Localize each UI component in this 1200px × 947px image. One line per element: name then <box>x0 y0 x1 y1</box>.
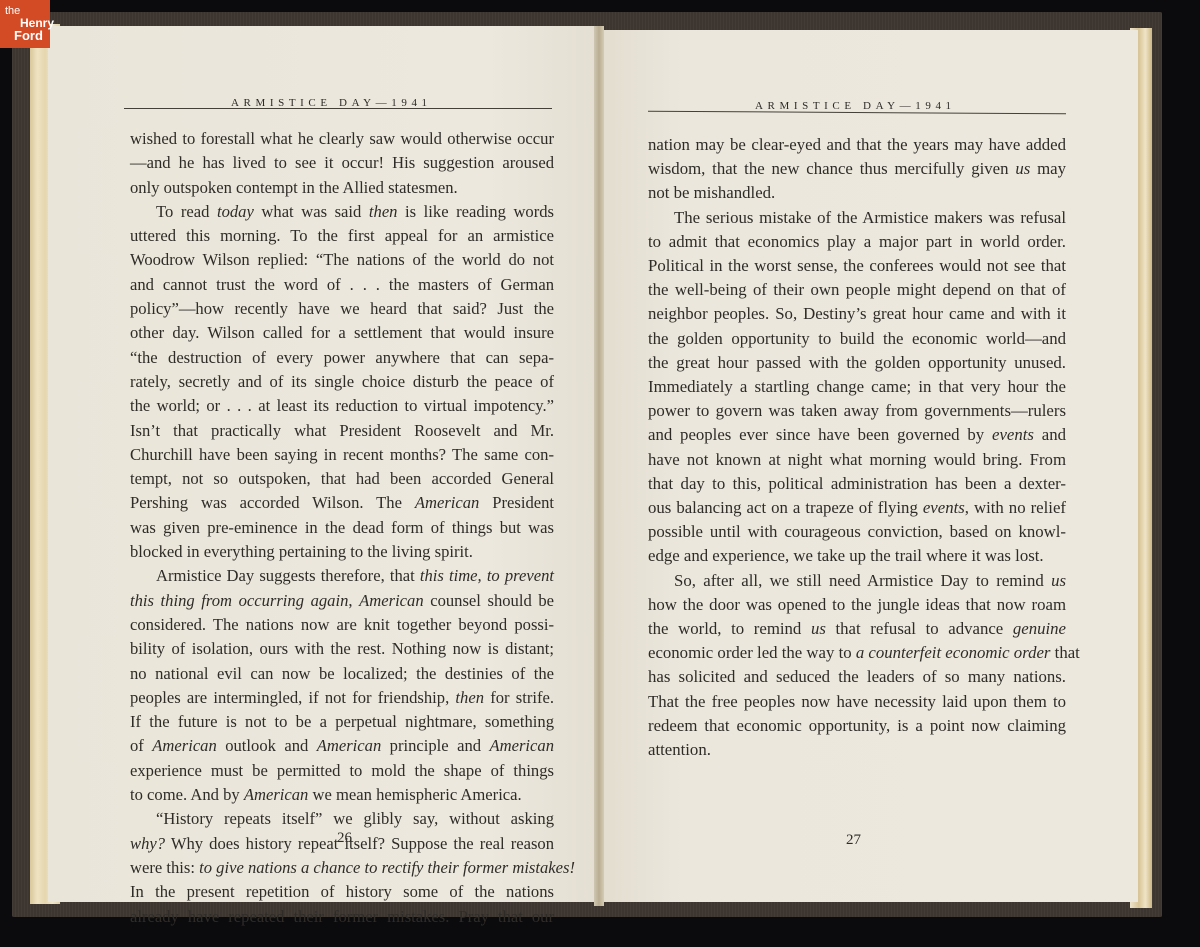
text-line: nation may be clear-eyed and that the ye… <box>648 133 1066 157</box>
text-line: tempt, not so outspoken, that had been a… <box>130 467 554 491</box>
text-line: to admit that economics play a major par… <box>648 230 1066 254</box>
text-line: the golden opportunity to build the econ… <box>648 327 1066 351</box>
text-line: rately, secretly and of its single choic… <box>130 370 554 394</box>
text-line: “History repeats itself” we glibly say, … <box>130 807 554 831</box>
text-line: already have repeated their former mista… <box>130 905 554 929</box>
right-running-head: ARMISTICE DAY—1941 <box>755 100 956 112</box>
text-line: the well-being of their own people might… <box>648 278 1066 302</box>
text-line: To read today what was said then is like… <box>130 200 554 224</box>
text-line: “the destruction of every power anywhere… <box>130 346 554 370</box>
text-line: Woodrow Wilson replied: “The nations of … <box>130 248 554 272</box>
text-line: Armistice Day suggests therefore, that t… <box>130 564 554 588</box>
text-line: bility of isolation, ours with the rest.… <box>130 637 554 661</box>
text-line: considered. The nations now are knit tog… <box>130 613 554 637</box>
text-line: this thing from occurring again, America… <box>130 589 554 613</box>
text-line: and peoples ever since have been governe… <box>648 423 1066 447</box>
text-line: economic order led the way to a counterf… <box>648 641 1066 665</box>
text-line: —and he has lived to see it occur! His s… <box>130 151 554 175</box>
text-line: So, after all, we still need Armistice D… <box>648 569 1066 593</box>
text-line: possible until with courageous convictio… <box>648 520 1066 544</box>
text-line: uttered this morning. To the first appea… <box>130 224 554 248</box>
text-line: That the free peoples now have necessity… <box>648 690 1066 714</box>
text-line: how the door was opened to the jungle id… <box>648 593 1066 617</box>
text-line: blocked in everything pertaining to the … <box>130 540 554 564</box>
text-line: of American outlook and American princip… <box>130 734 554 758</box>
left-page-body: wished to forestall what he clearly saw … <box>130 127 554 929</box>
text-line: has solicited and seduced the leaders of… <box>648 665 1066 689</box>
text-line: and cannot trust the word of . . . the m… <box>130 273 554 297</box>
text-line: edge and experience, we take up the trai… <box>648 544 1066 568</box>
right-page-number: 27 <box>846 832 861 849</box>
text-line: only outspoken contempt in the Allied st… <box>130 176 554 200</box>
text-line: Churchill have been saying in recent mon… <box>130 443 554 467</box>
text-line: Pershing was accorded Wilson. The Americ… <box>130 491 554 515</box>
text-line: neighbor peoples. So, Destiny’s great ho… <box>648 302 1066 326</box>
text-line: the world, to remind us that refusal to … <box>648 617 1066 641</box>
text-line: wished to forestall what he clearly saw … <box>130 127 554 151</box>
book-gutter <box>594 26 604 906</box>
right-page-body: nation may be clear-eyed and that the ye… <box>648 133 1066 762</box>
text-line: The serious mistake of the Armistice mak… <box>648 206 1066 230</box>
text-line: ous balancing act on a trapeze of flying… <box>648 496 1066 520</box>
text-line: In the present repetition of history som… <box>130 880 554 904</box>
text-line: have not known at night what morning wou… <box>648 448 1066 472</box>
text-line: policy”—how recently have we heard that … <box>130 297 554 321</box>
text-line: not be mishandled. <box>648 181 1066 205</box>
text-line: wisdom, that the new chance thus mercifu… <box>648 157 1066 181</box>
left-header-rule <box>124 108 552 109</box>
text-line: Immediately a startling change came; in … <box>648 375 1066 399</box>
text-line: other day. Wilson called for a settlemen… <box>130 321 554 345</box>
text-line: redeem that economic opportunity, is a p… <box>648 714 1066 738</box>
text-line: power to govern was taken away from gove… <box>648 399 1066 423</box>
henry-ford-logo: the Henry Ford <box>0 0 50 48</box>
left-page-number: 26 <box>337 830 352 847</box>
text-line: were this: to give nations a chance to r… <box>130 856 554 880</box>
text-line: experience must be permitted to mold the… <box>130 759 554 783</box>
text-line: the world; or . . . at least its reducti… <box>130 394 554 418</box>
text-line: Isn’t that practically what President Ro… <box>130 419 554 443</box>
text-line: no national evil can now be localized; t… <box>130 662 554 686</box>
text-line: that day to this, political administrati… <box>648 472 1066 496</box>
text-line: the great hour passed with the golden op… <box>648 351 1066 375</box>
text-line: attention. <box>648 738 1066 762</box>
text-line: to come. And by American we mean hemisph… <box>130 783 554 807</box>
text-line: Political in the worst sense, the confer… <box>648 254 1066 278</box>
text-line: was given pre-eminence in the dead form … <box>130 516 554 540</box>
text-line: peoples are intermingled, if not for fri… <box>130 686 554 710</box>
text-line: If the future is not to be a perpetual n… <box>130 710 554 734</box>
